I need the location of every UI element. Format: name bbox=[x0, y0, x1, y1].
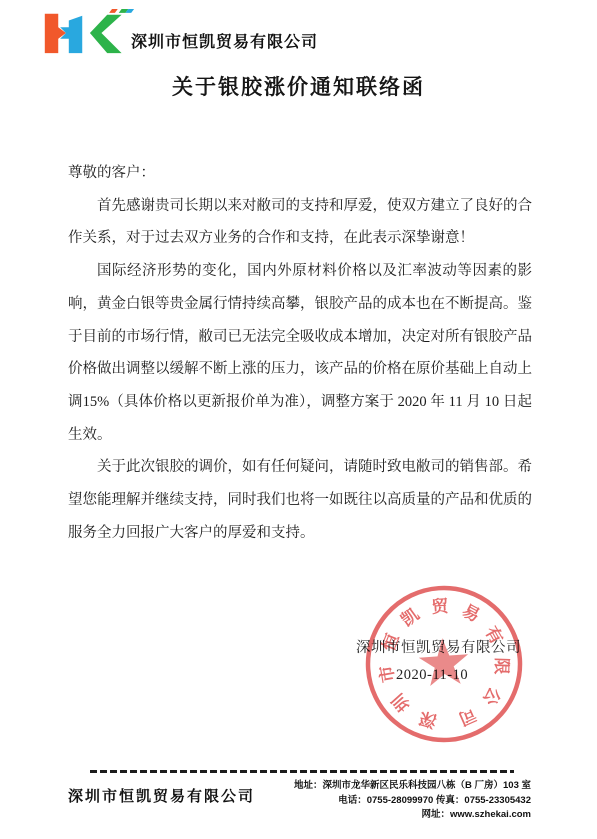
logo-h-left-shape bbox=[45, 14, 66, 53]
hk-logo-icon bbox=[40, 8, 136, 58]
seal-ring-char: 圳 bbox=[388, 690, 414, 716]
letter-body: 尊敬的客户： 首先感谢贵司长期以来对敝司的支持和厚爱，使双方建立了良好的合作关系… bbox=[68, 157, 532, 549]
seal-star-icon bbox=[418, 636, 471, 686]
seal-ring-char: 凯 bbox=[397, 604, 423, 630]
seal-ring-char: 贸 bbox=[431, 596, 450, 617]
footer-address: 地址：深圳市龙华新区民乐科技园八栋（B 厂房）103 室 bbox=[294, 779, 531, 794]
letter-page: 深圳市恒凯贸易有限公司 关于银胶涨价通知联络函 尊敬的客户： 首先感谢贵司长期以… bbox=[0, 0, 597, 839]
seal-ring-char: 市 bbox=[376, 664, 399, 684]
company-seal-stamp: 深圳市恒凯贸易有限公司 bbox=[352, 572, 536, 756]
logo-k-shape bbox=[90, 15, 122, 53]
seal-ring-char: 深 bbox=[417, 708, 439, 731]
paragraph-price-adjustment: 国际经济形势的变化，国内外原材料价格以及汇率波动等因素的影响，黄金白银等贵金属行… bbox=[68, 255, 532, 451]
footer-phone-fax: 电话：0755-28099970 传真：0755-23305432 bbox=[294, 794, 531, 809]
seal-ring-char: 有 bbox=[481, 623, 507, 648]
seal-ring-char: 公 bbox=[479, 684, 504, 709]
paragraph-thanks: 首先感谢贵司长期以来对敝司的支持和厚爱，使双方建立了良好的合作关系，对于过去双方… bbox=[68, 190, 532, 255]
seal-ring-char: 易 bbox=[459, 601, 483, 626]
footer-divider bbox=[90, 770, 514, 773]
paragraph-closing: 关于此次银胶的调价，如有任何疑问，请随时致电敝司的销售部。希望您能理解并继续支持… bbox=[68, 451, 532, 549]
footer-company-name: 深圳市恒凯贸易有限公司 bbox=[68, 785, 255, 806]
logo-accent-orange bbox=[109, 9, 118, 13]
header-company-name: 深圳市恒凯贸易有限公司 bbox=[131, 29, 318, 52]
page-title: 关于银胶涨价通知联络函 bbox=[0, 71, 597, 101]
seal-ring-char: 司 bbox=[456, 704, 479, 728]
seal-ring-char: 限 bbox=[492, 657, 512, 675]
seal-ring-char: 恒 bbox=[378, 631, 403, 654]
footer-contact-block: 地址：深圳市龙华新区民乐科技园八栋（B 厂房）103 室 电话：0755-280… bbox=[294, 779, 531, 823]
footer-website: 网址：www.szhekai.com bbox=[294, 808, 531, 823]
salutation: 尊敬的客户： bbox=[68, 157, 532, 190]
